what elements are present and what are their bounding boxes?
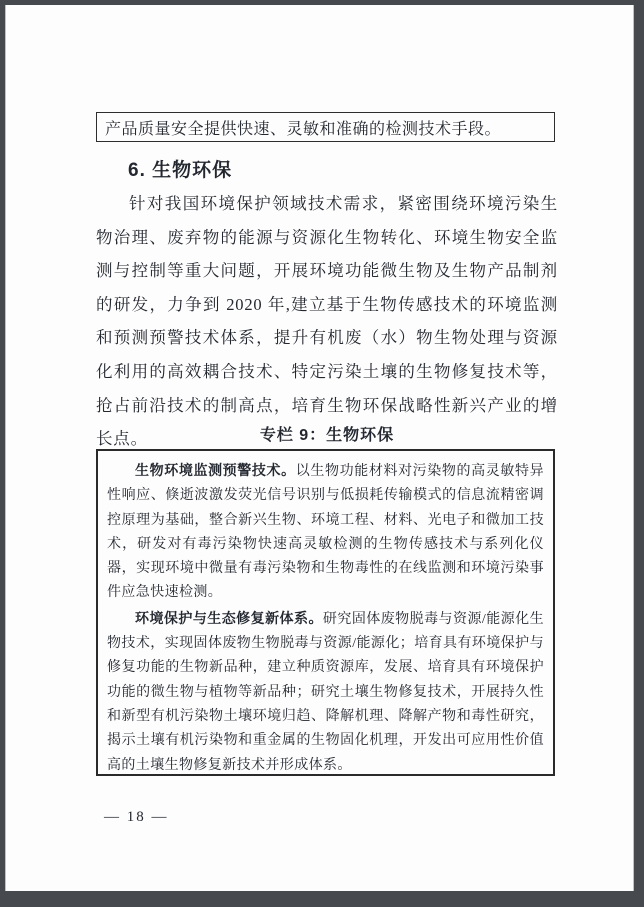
paragraph-1-lead-bold: 生物环境监测预警技术。 — [135, 462, 296, 478]
paragraph-2-text: 研究固体废物脱毒与资源/能源化生物技术，实现固体废物生物脱毒与资源/能源化；培育… — [107, 612, 544, 773]
section-heading: 6. 生物环保 — [128, 155, 232, 182]
column-box: 生物环境监测预警技术。以生物功能材料对污染物的高灵敏特异性响应、倏逝波激发荧光信… — [96, 449, 555, 776]
document-viewer-background: { "top_box": { "text": "产品质量安全提供快速、灵敏和准确… — [0, 0, 644, 907]
column-box-paragraph-2: 环境保护与生态修复新体系。研究固体废物脱毒与资源/能源化生物技术，实现固体废物生… — [107, 606, 544, 778]
carryover-text-box: 产品质量安全提供快速、灵敏和准确的检测技术手段。 — [96, 112, 555, 142]
paragraph-2-lead-bold: 环境保护与生态修复新体系。 — [135, 610, 323, 626]
document-page: 产品质量安全提供快速、灵敏和准确的检测技术手段。 6. 生物环保 针对我国环境保… — [5, 5, 634, 891]
column-box-title: 专栏 9：生物环保 — [96, 422, 558, 445]
column-box-paragraph-1: 生物环境监测预警技术。以生物功能材料对污染物的高灵敏特异性响应、倏逝波激发荧光信… — [107, 458, 544, 606]
paragraph-1-text: 以生物功能材料对污染物的高灵敏特异性响应、倏逝波激发荧光信号识别与低损耗传输模式… — [107, 464, 544, 600]
section-paragraph: 针对我国环境保护领域技术需求，紧密围绕环境污染生物治理、废弃物的能源与资源化生物… — [96, 187, 558, 456]
page-number: — 18 — — [104, 809, 169, 826]
carryover-text: 产品质量安全提供快速、灵敏和准确的检测技术手段。 — [105, 116, 501, 139]
